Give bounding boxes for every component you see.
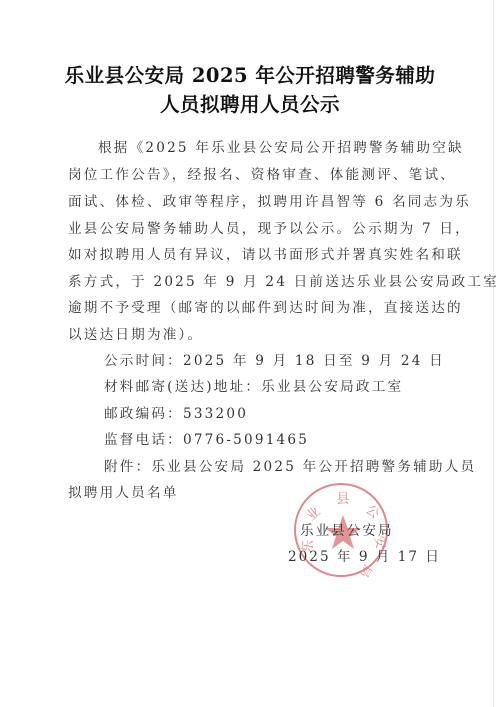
signature-org: 乐业县公安局 [300, 519, 394, 539]
body-line: 根据《2025 年乐业县公安局公开招聘警务辅助空缺 [98, 139, 468, 157]
postal-code: 邮政编码：533200 [104, 405, 474, 423]
body-line: 业县公安局警务辅助人员，现予以公示。公示期为 7 日， [68, 220, 438, 238]
document-title-line1: 乐业县公安局 2025 年公开招聘警务辅助 [0, 60, 500, 88]
document-title-line2: 人员拟聘用人员公示 [0, 89, 500, 117]
body-line: 系方式，于 2025 年 9 月 24 日前送达乐业县公安局政工室， [68, 273, 438, 291]
body-line: 面试、体检、政审等程序，拟聘用许昌智等 6 名同志为乐 [68, 193, 438, 211]
body-line: 岗位工作公告》，经报名、资格审查、体能测评、笔试、 [68, 166, 438, 184]
attachment-line1: 附件：乐业县公安局 2025 年公开招聘警务辅助人员 [104, 458, 474, 476]
svg-text:县: 县 [336, 492, 349, 507]
mailing-address: 材料邮寄(送达)地址：乐业县公安局政工室 [104, 378, 474, 396]
publicity-period: 公示时间：2025 年 9 月 18 日至 9 月 24 日 [104, 352, 474, 370]
body-line: 逾期不予受理（邮寄的以邮件到达时间为准，直接送达的 [68, 299, 438, 317]
body-line: 如对拟聘用人员有异议，请以书面形式并署真实姓名和联 [68, 246, 438, 264]
signature-date: 2025 年 9 月 17 日 [288, 545, 441, 565]
supervision-phone: 监督电话：0776-5091465 [104, 431, 474, 449]
body-line: 以送达日期为准）。 [68, 326, 438, 344]
